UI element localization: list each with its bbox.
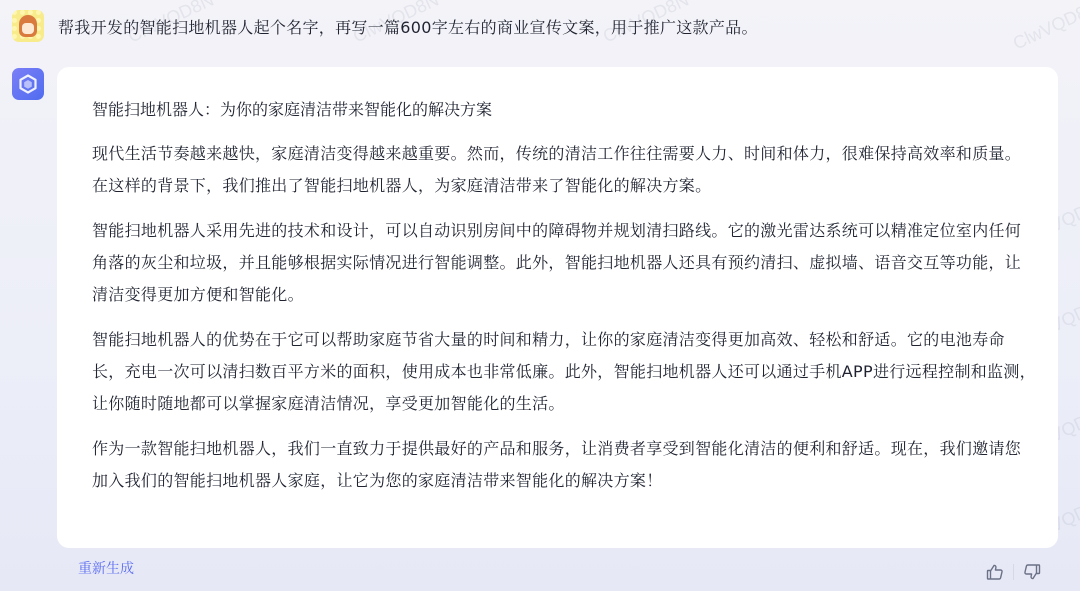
response-paragraph: 智能扫地机器人采用先进的技术和设计，可以自动识别房间中的障碍物并规划清扫路线。它… xyxy=(92,215,1037,311)
response-paragraph: 现代生活节奏越来越快，家庭清洁变得越来越重要。然而，传统的清洁工作往往需要人力、… xyxy=(92,138,1037,202)
user-message-row: 帮我开发的智能扫地机器人起个名字，再写一篇600字左右的商业宣传文案，用于推广这… xyxy=(12,10,758,42)
thumbs-down-icon[interactable] xyxy=(1022,562,1042,582)
user-avatar xyxy=(12,10,44,42)
watermark: ClwVQD8N xyxy=(1010,0,1080,54)
regenerate-button[interactable]: 重新生成 xyxy=(78,558,134,578)
response-title: 智能扫地机器人：为你的家庭清洁带来智能化的解决方案 xyxy=(92,95,1037,125)
thumbs-up-icon[interactable] xyxy=(985,562,1005,582)
bot-avatar xyxy=(12,68,44,100)
response-content: 智能扫地机器人：为你的家庭清洁带来智能化的解决方案 现代生活节奏越来越快，家庭清… xyxy=(92,95,1037,510)
cube-logo-icon xyxy=(18,74,38,94)
feedback-bar xyxy=(985,562,1042,582)
response-paragraph: 智能扫地机器人的优势在于它可以帮助家庭节省大量的时间和精力，让你的家庭清洁变得更… xyxy=(92,324,1037,420)
hamster-icon xyxy=(19,15,37,37)
user-message-text: 帮我开发的智能扫地机器人起个名字，再写一篇600字左右的商业宣传文案，用于推广这… xyxy=(58,15,758,38)
bot-response-card: 智能扫地机器人：为你的家庭清洁带来智能化的解决方案 现代生活节奏越来越快，家庭清… xyxy=(57,67,1058,548)
feedback-divider xyxy=(1013,564,1014,580)
response-paragraph: 作为一款智能扫地机器人，我们一直致力于提供最好的产品和服务，让消费者享受到智能化… xyxy=(92,433,1037,497)
